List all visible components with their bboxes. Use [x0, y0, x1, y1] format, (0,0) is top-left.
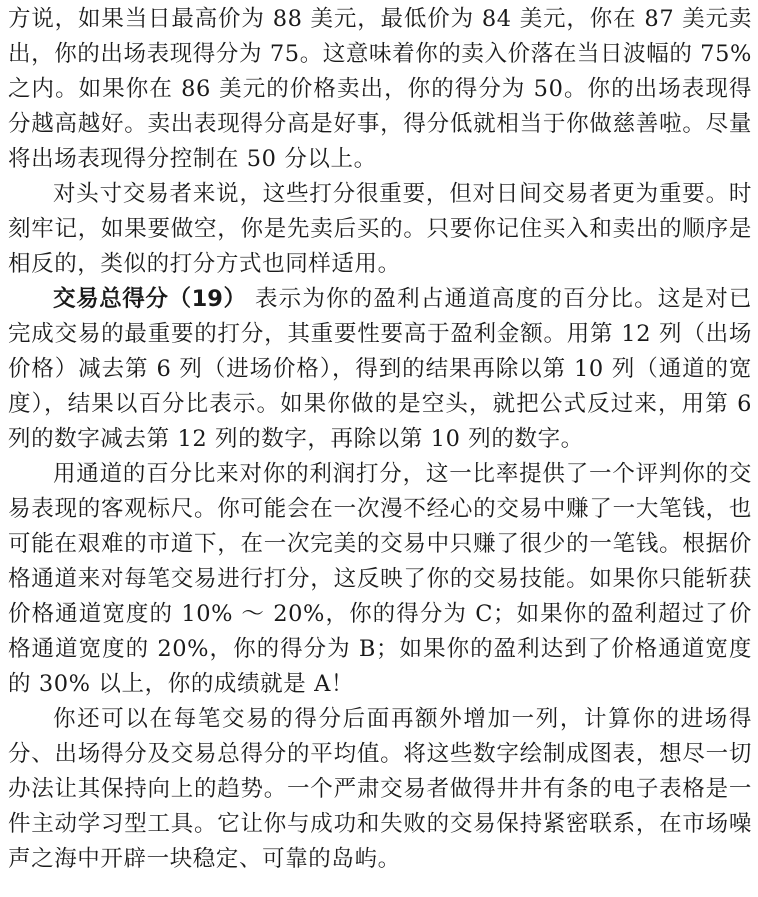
paragraph-total-trade-score: 交易总得分（19） 表示为你的盈利占通道高度的百分比。这是对已完成交易的最重要的… [8, 282, 752, 457]
paragraph-text: 对头寸交易者来说，这些打分很重要，但对日间交易者更为重要。时刻牢记，如果要做空，… [8, 181, 752, 277]
paragraph-exit-score-example: 方说，如果当日最高价为 88 美元，最低价为 84 美元，你在 87 美元卖出，… [8, 2, 752, 177]
paragraph-text: 你还可以在每笔交易的得分后面再额外增加一列，计算你的进场得分、出场得分及交易总得… [8, 706, 752, 872]
section-heading-total-trade-score: 交易总得分（19） [53, 286, 247, 312]
paragraph-channel-percentage-grading: 用通道的百分比来对你的利润打分，这一比率提供了一个评判你的交易表现的客观标尺。你… [8, 457, 752, 702]
paragraph-short-trading-note: 对头寸交易者来说，这些打分很重要，但对日间交易者更为重要。时刻牢记，如果要做空，… [8, 177, 752, 282]
document-page: 方说，如果当日最高价为 88 美元，最低价为 84 美元，你在 87 美元卖出，… [8, 2, 752, 877]
paragraph-text: 用通道的百分比来对你的利润打分，这一比率提供了一个评判你的交易表现的客观标尺。你… [8, 461, 752, 697]
paragraph-text: 方说，如果当日最高价为 88 美元，最低价为 84 美元，你在 87 美元卖出，… [8, 6, 752, 172]
paragraph-average-scores-chart: 你还可以在每笔交易的得分后面再额外增加一列，计算你的进场得分、出场得分及交易总得… [8, 702, 752, 877]
